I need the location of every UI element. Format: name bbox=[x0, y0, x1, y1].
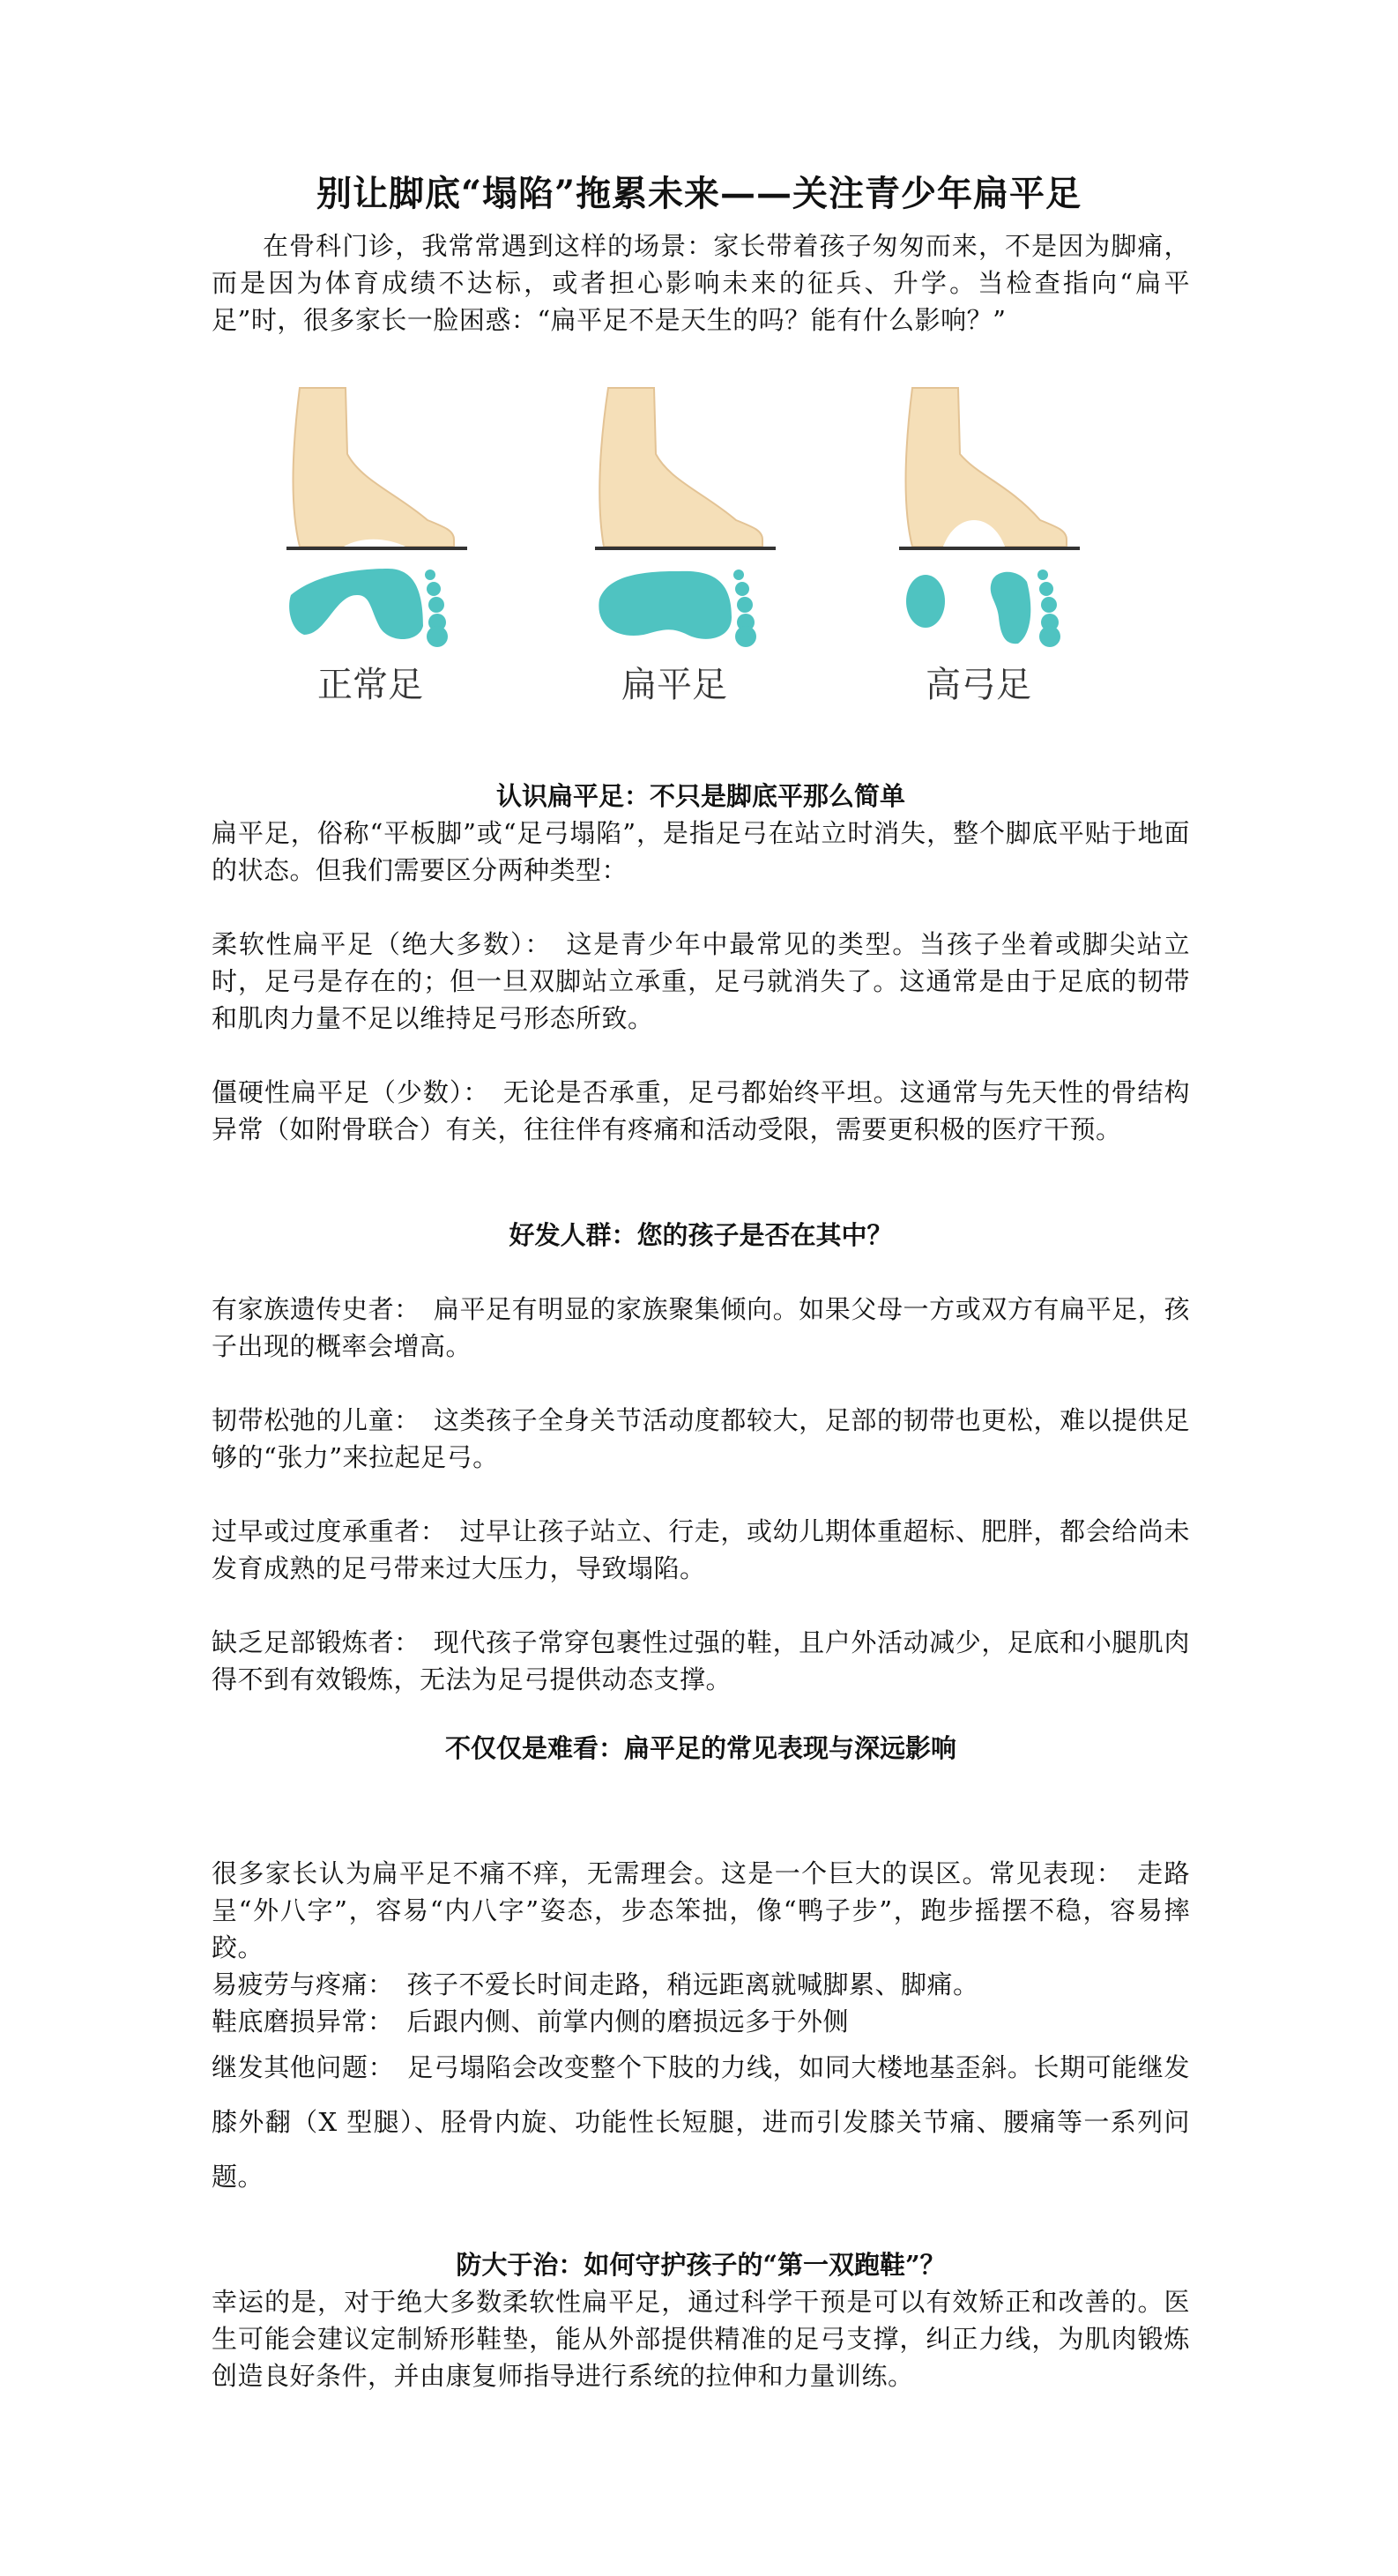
prevention-paragraph: 幸运的是，对于绝大多数柔软性扁平足，通过科学干预是可以有效矫正和改善的。医生可能… bbox=[212, 2283, 1190, 2394]
definition-paragraph: 扁平足，俗称“平板脚”或“足弓塌陷”，是指足弓在站立时消失，整个脚底平贴于地面的… bbox=[212, 815, 1190, 889]
rigid-flatfoot-paragraph: 僵硬性扁平足（少数）： 无论是否承重，足弓都始终平坦。这通常与先天性的骨结构异常… bbox=[212, 1074, 1190, 1148]
symptom-fatigue-pain: 易疲劳与疼痛： 孩子不爱长时间走路，稍远距离就喊脚累、脚痛。 bbox=[212, 1966, 1190, 2003]
high-arch-foot-icon bbox=[899, 388, 1080, 647]
section-heading: 认识扁平足：不只是脚底平那么简单 bbox=[212, 778, 1190, 815]
intro-paragraph: 在骨科门诊，我常常遇到这样的场景：家长带着孩子匆匆而来，不是因为脚痛，而是因为体… bbox=[212, 227, 1190, 339]
risk-loose-ligaments: 韧带松弛的儿童： 这类孩子全身关节活动度都较大，足部的韧带也更松，难以提供足够的… bbox=[212, 1402, 1190, 1476]
label-flat-foot: 扁平足 bbox=[586, 657, 762, 707]
risk-lack-of-exercise: 缺乏足部锻炼者： 现代孩子常穿包裹性过强的鞋，且户外活动减少，足底和小腿肌肉得不… bbox=[212, 1624, 1190, 1698]
symptom-shoe-wear: 鞋底磨损异常： 后跟内侧、前掌内侧的磨损远多于外侧 bbox=[212, 2003, 1190, 2040]
document-page: 别让脚底“塌陷”拖累未来——关注青少年扁平足 在骨科门诊，我常常遇到这样的场景：… bbox=[0, 0, 1398, 2576]
risk-overloading: 过早或过度承重者： 过早让孩子站立、行走，或幼儿期体重超标、肥胖，都会给尚未发育… bbox=[212, 1513, 1190, 1587]
label-high-arch-foot: 高弓足 bbox=[890, 657, 1067, 707]
normal-foot-icon bbox=[286, 388, 467, 647]
foot-types-figure: 正常足 扁平足 高弓足 bbox=[282, 370, 1128, 714]
misconception-paragraph: 很多家长认为扁平足不痛不痒，无需理会。这是一个巨大的误区。常见表现： 走路呈“外… bbox=[212, 1855, 1190, 1966]
article-title: 别让脚底“塌陷”拖累未来——关注青少年扁平足 bbox=[0, 169, 1398, 219]
risk-family-history: 有家族遗传史者： 扁平足有明显的家族聚集倾向。如果父母一方或双方有扁平足，孩子出… bbox=[212, 1291, 1190, 1365]
section-heading: 不仅仅是难看：扁平足的常见表现与深远影响 bbox=[212, 1730, 1190, 1767]
section-risk-groups: 好发人群：您的孩子是否在其中？ 有家族遗传史者： 扁平足有明显的家族聚集倾向。如… bbox=[212, 1217, 1190, 1698]
intro-block: 在骨科门诊，我常常遇到这样的场景：家长带着孩子匆匆而来，不是因为脚痛，而是因为体… bbox=[212, 227, 1190, 339]
section-flatfoot-definition: 认识扁平足：不只是脚底平那么简单 扁平足，俗称“平板脚”或“足弓塌陷”，是指足弓… bbox=[212, 778, 1190, 1148]
flexible-flatfoot-paragraph: 柔软性扁平足（绝大多数）： 这是青少年中最常见的类型。当孩子坐着或脚尖站立时，足… bbox=[212, 926, 1190, 1037]
flat-foot-icon bbox=[595, 388, 776, 647]
section-prevention: 防大于治：如何守护孩子的“第一双跑鞋”？ 幸运的是，对于绝大多数柔软性扁平足，通… bbox=[212, 2246, 1190, 2394]
label-normal-foot: 正常足 bbox=[282, 657, 458, 707]
foot-illustration bbox=[282, 370, 1128, 652]
section-heading: 好发人群：您的孩子是否在其中？ bbox=[212, 1217, 1190, 1254]
section-symptoms-impact: 不仅仅是难看：扁平足的常见表现与深远影响 很多家长认为扁平足不痛不痒，无需理会。… bbox=[212, 1730, 1190, 2204]
section-heading: 防大于治：如何守护孩子的“第一双跑鞋”？ bbox=[212, 2246, 1190, 2283]
symptom-secondary-problems: 继发其他问题： 足弓塌陷会改变整个下肢的力线，如同大楼地基歪斜。长期可能继发膝外… bbox=[212, 2040, 1190, 2204]
